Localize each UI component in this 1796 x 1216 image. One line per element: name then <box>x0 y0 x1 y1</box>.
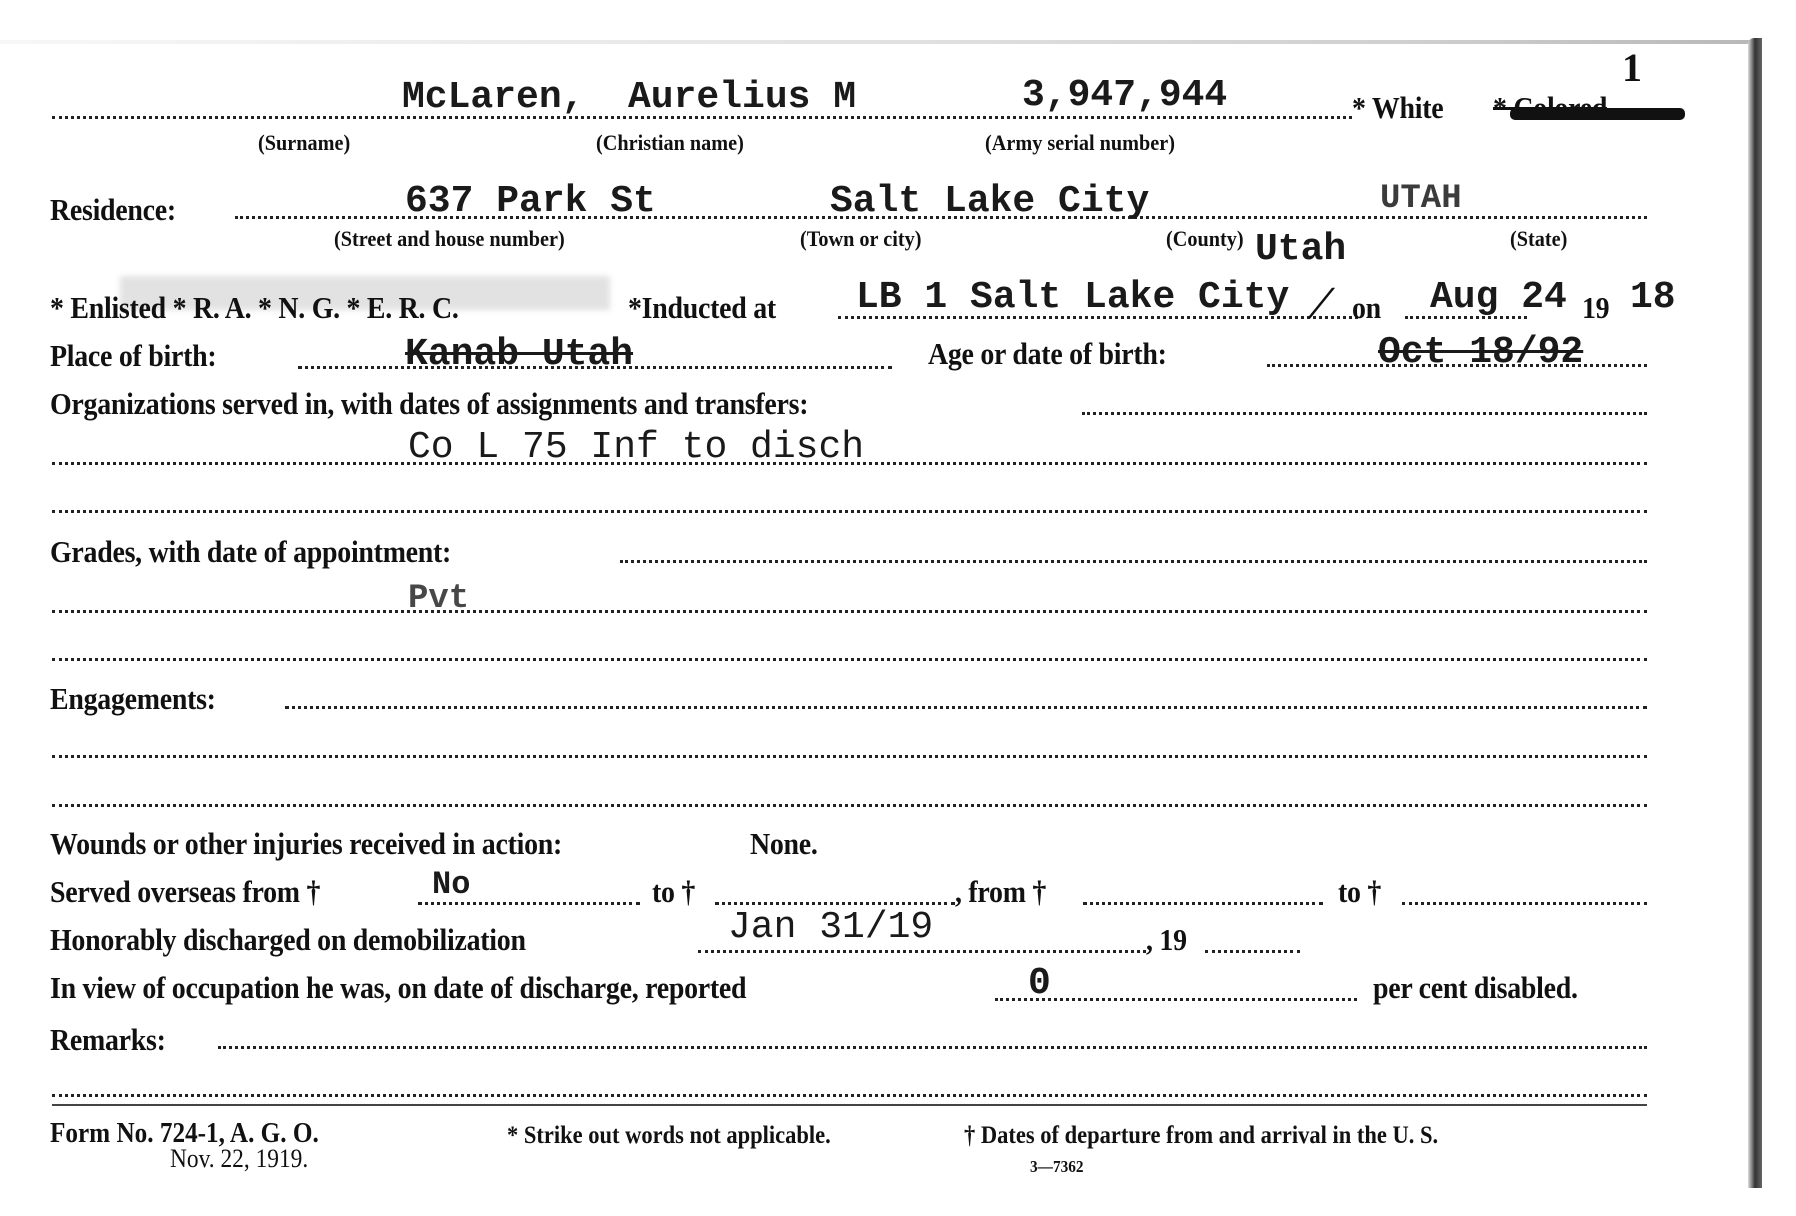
grade-value: Pvt <box>408 580 469 618</box>
grades-line-3 <box>52 658 1647 661</box>
inducted-date-value: Aug 24 <box>1430 276 1567 319</box>
strike-note: * Strike out words not applicable. <box>507 1122 831 1150</box>
print-code: 3—7362 <box>1030 1157 1084 1177</box>
christian-name-value: Aurelius M <box>628 76 856 119</box>
surname-caption: (Surname) <box>258 130 350 156</box>
residence-town-value: Salt Lake City <box>830 180 1149 223</box>
wounds-label: Wounds or other injuries received in act… <box>50 826 562 862</box>
organizations-value: Co L 75 Inf to disch <box>408 426 864 469</box>
discharge-date-line <box>698 950 1146 953</box>
overseas-from2-line <box>1083 902 1323 905</box>
disability-suffix: per cent disabled. <box>1373 970 1578 1006</box>
disability-value: 0 <box>1028 962 1051 1005</box>
grades-label: Grades, with date of appointment: <box>50 534 451 570</box>
wounds-value: None. <box>750 826 818 862</box>
race-strikeout-mark <box>1510 108 1685 120</box>
surname-value: McLaren, <box>402 76 584 119</box>
organizations-label: Organizations served in, with dates of a… <box>50 386 808 422</box>
slash-mark: / <box>1303 276 1340 329</box>
disability-label: In view of occupation he was, on date of… <box>50 970 746 1006</box>
place-of-birth-label: Place of birth: <box>50 338 216 374</box>
street-caption: (Street and house number) <box>334 226 565 252</box>
engagements-line-3 <box>52 804 1647 807</box>
overseas-to-line <box>715 902 955 905</box>
overseas-from-label: Served overseas from † <box>50 874 320 910</box>
place-of-birth-value: Kanab Utah <box>405 333 633 376</box>
residence-county-value: Utah <box>1255 228 1346 271</box>
grades-line-1 <box>620 560 1647 563</box>
form-date: Nov. 22, 1919. <box>170 1144 308 1174</box>
card-top-edge <box>0 40 1760 44</box>
footer-rule <box>52 1104 1647 1106</box>
overseas-from2-label: , from † <box>955 874 1046 910</box>
discharge-year-line <box>1205 950 1300 953</box>
dates-note: † Dates of departure from and arrival in… <box>964 1122 1438 1150</box>
organizations-line-3 <box>52 510 1647 513</box>
christian-name-caption: (Christian name) <box>596 130 744 156</box>
inducted-at-value: LB 1 Salt Lake City <box>856 276 1289 319</box>
engagements-line-1 <box>285 706 1647 709</box>
county-caption: (County) <box>1166 226 1244 252</box>
residence-street-value: 637 Park St <box>405 180 656 223</box>
state-caption: (State) <box>1510 226 1567 252</box>
engagements-label: Engagements: <box>50 681 216 717</box>
discharge-year-prefix: , 19 <box>1146 922 1187 958</box>
overseas-to-label: to † <box>652 874 695 910</box>
grades-line-2 <box>52 610 1647 613</box>
date-of-birth-label: Age or date of birth: <box>928 336 1167 372</box>
year-prefix: 19 <box>1582 290 1609 326</box>
discharge-label: Honorably discharged on demobilization <box>50 922 526 958</box>
discharge-date-value: Jan 31/19 <box>728 906 933 949</box>
enlistment-type-options: * Enlisted * R. A. * N. G. * E. R. C. <box>50 290 459 326</box>
inducted-year-value: 18 <box>1630 276 1676 319</box>
race-white-option: * White <box>1352 90 1443 126</box>
town-caption: (Town or city) <box>800 226 921 252</box>
service-record-card: 1 McLaren, Aurelius M 3,947,944 * White … <box>0 0 1796 1216</box>
organizations-line-1 <box>1082 412 1647 415</box>
inducted-at-label: *Inducted at <box>628 290 776 326</box>
inducted-on-label: on <box>1352 290 1381 326</box>
card-right-edge <box>1748 38 1762 1188</box>
overseas-to2-line <box>1402 902 1647 905</box>
remarks-label: Remarks: <box>50 1022 166 1058</box>
serial-number-value: 3,947,944 <box>1022 74 1227 117</box>
date-of-birth-value: Oct 18/92 <box>1378 331 1583 374</box>
page-number: 1 <box>1622 44 1642 91</box>
engagements-line-2 <box>52 755 1647 758</box>
overseas-to2-label: to † <box>1338 874 1381 910</box>
overseas-from-value: No <box>432 866 470 903</box>
residence-label: Residence: <box>50 192 176 228</box>
residence-state-value: UTAH <box>1380 180 1462 218</box>
remarks-line-2 <box>52 1094 1647 1097</box>
serial-number-caption: (Army serial number) <box>985 130 1175 156</box>
remarks-line-1 <box>218 1046 1647 1049</box>
